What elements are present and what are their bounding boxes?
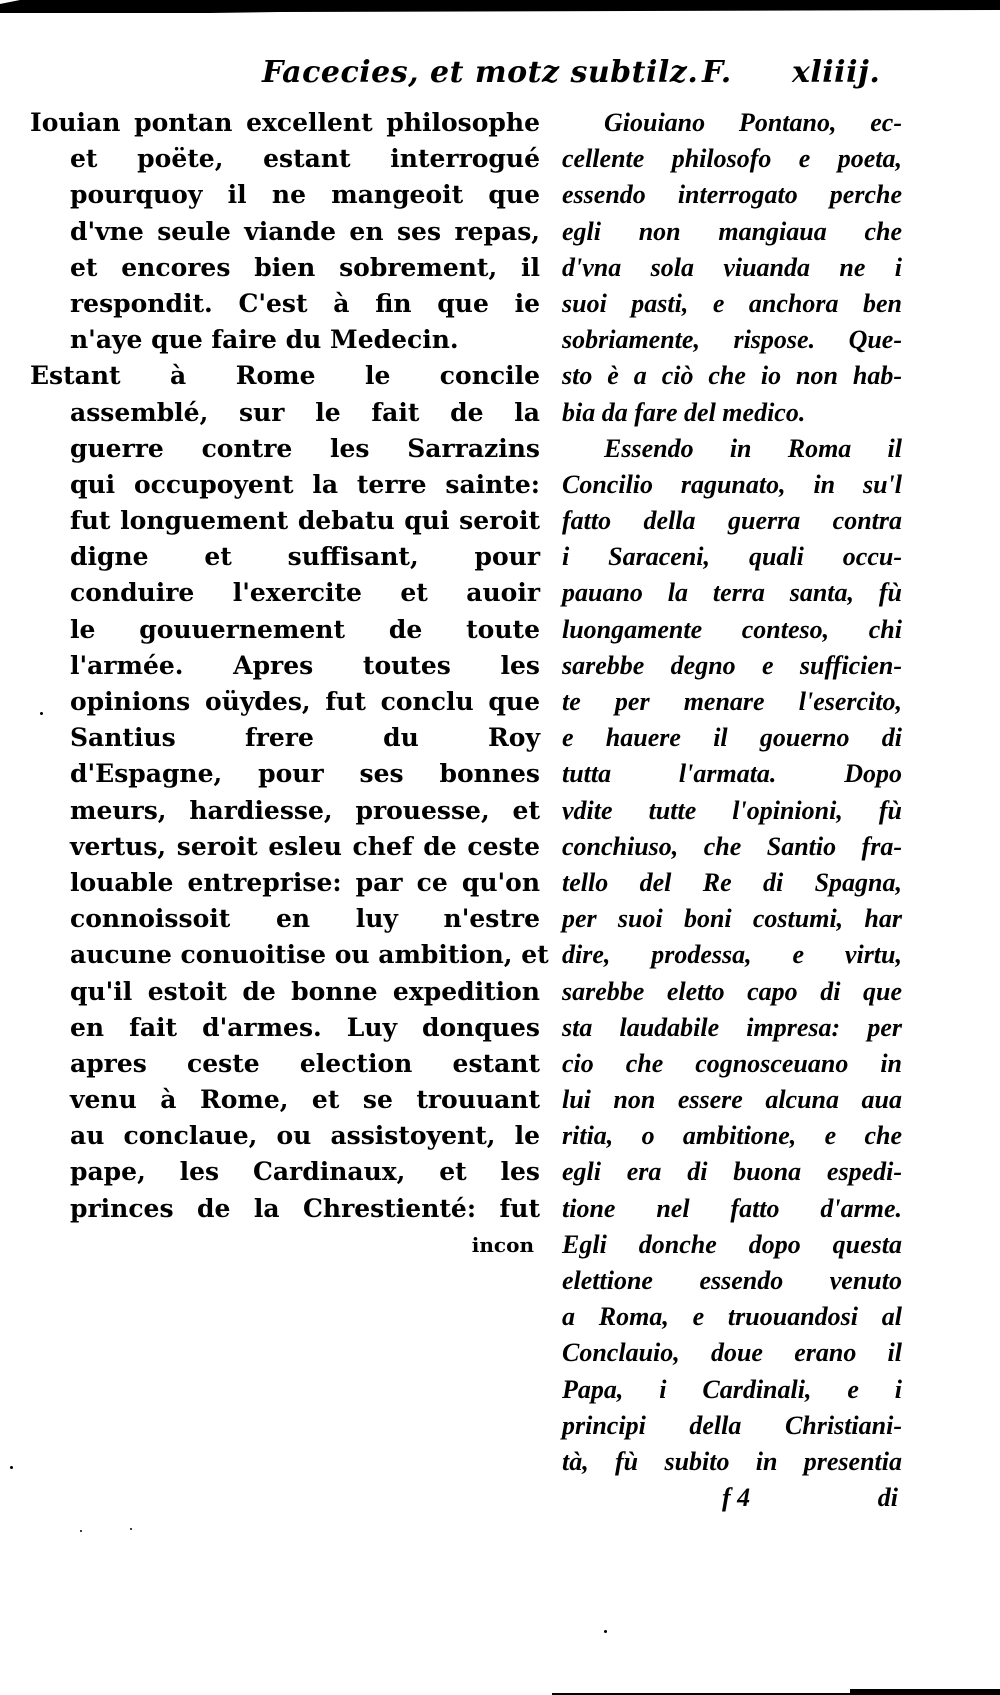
text-line: qui occupoyent la terre sainte: — [30, 467, 540, 503]
text-line: i Saraceni, quali occu- — [562, 539, 902, 575]
text-line: vdite tutte l'opinioni, fù — [562, 793, 902, 829]
ink-speck — [604, 1630, 607, 1633]
text-line: sto è a ciò che io non hab- — [562, 358, 902, 394]
text-line: pape, les Cardinaux, et les — [30, 1154, 540, 1190]
text-line: essendo interrogato perche — [562, 177, 902, 213]
text-line: et encores bien sobrement, il — [30, 250, 540, 286]
text-line: l'armée. Apres toutes les — [30, 648, 540, 684]
text-line: tello del Re di Spagna, — [562, 865, 902, 901]
text-line: au conclaue, ou assistoyent, le — [30, 1118, 540, 1154]
text-line: sarebbe degno e sufficien- — [562, 648, 902, 684]
signature-mark: f 4 — [722, 1480, 750, 1516]
text-line: conduire l'exercite et auoir — [30, 575, 540, 611]
text-line: fut longuement debatu qui seroit — [30, 503, 540, 539]
text-line: te per menare l'esercito, — [562, 684, 902, 720]
ink-speck — [40, 712, 43, 715]
text-line: Santius frere du Roy — [30, 720, 540, 756]
text-line: bia da fare del medico. — [562, 395, 902, 431]
catchword: di — [878, 1480, 898, 1516]
text-line: fatto della guerra contra — [562, 503, 902, 539]
text-line: en fait d'armes. Luy donques — [30, 1010, 540, 1046]
text-line: ritia, o ambitione, e che — [562, 1118, 902, 1154]
running-head-title: Facecies, et motz subtilz. — [262, 55, 698, 90]
text-line: digne et suffisant, pour — [30, 539, 540, 575]
text-line: dire, prodessa, e virtu, — [562, 937, 902, 973]
text-line: guerre contre les Sarrazins — [30, 431, 540, 467]
text-line: pourquoy il ne mangeoit que — [30, 177, 540, 213]
italian-text-column: Giouiano Pontano, ec- cellente philosofo… — [562, 105, 902, 1516]
text-line: Conclauio, doue erano il — [562, 1335, 902, 1371]
text-line: cellente philosofo e poeta, — [562, 141, 902, 177]
text-line: apres ceste election estant — [30, 1046, 540, 1082]
catchword: incon — [30, 1227, 540, 1263]
folio-number: xliiij. — [792, 55, 880, 90]
text-line: egli non mangiaua che — [562, 214, 902, 250]
gathering-signature: F. — [702, 55, 732, 90]
text-line: connoissoit en luy n'estre — [30, 901, 540, 937]
text-line: luongamente conteso, chi — [562, 612, 902, 648]
text-line: tà, fù subito in presentia — [562, 1444, 902, 1480]
text-line: sarebbe eletto capo di que — [562, 974, 902, 1010]
text-line: Estant à Rome le concile — [30, 358, 540, 394]
text-line: cio che cognosceuano in — [562, 1046, 902, 1082]
text-line: princes de la Chrestienté: fut — [30, 1191, 540, 1227]
text-line: tione nel fatto d'arme. — [562, 1191, 902, 1227]
text-line: Iouian pontan excellent philosophe — [30, 105, 540, 141]
text-line: Giouiano Pontano, ec- — [562, 105, 902, 141]
text-line: respondit. C'est à fin que ie — [30, 286, 540, 322]
text-line: qu'il estoit de bonne expedition — [30, 974, 540, 1010]
signature-line: f 4 di — [562, 1480, 902, 1516]
text-line: d'Espagne, pour ses bonnes — [30, 756, 540, 792]
text-line: n'aye que faire du Medecin. — [30, 322, 540, 358]
text-line: sobriamente, rispose. Que- — [562, 322, 902, 358]
text-line: principi della Christiani- — [562, 1408, 902, 1444]
text-line: assemblé, sur le fait de la — [30, 395, 540, 431]
text-line: meurs, hardiesse, prouesse, et — [30, 793, 540, 829]
text-line: Concilio ragunato, in su'l — [562, 467, 902, 503]
text-line: Papa, i Cardinali, e i — [562, 1372, 902, 1408]
ink-speck — [80, 1530, 82, 1532]
text-line: tutta l'armata. Dopo — [562, 756, 902, 792]
text-line: et poëte, estant interrogué — [30, 141, 540, 177]
text-line: aucune conuoitise ou ambition, et — [30, 937, 540, 973]
page-top-edge-shadow — [0, 0, 1000, 13]
page-bottom-edge-shadow — [850, 1689, 1000, 1695]
text-line: conchiuso, che Santio fra- — [562, 829, 902, 865]
text-line: egli era di buona espedi- — [562, 1154, 902, 1190]
text-line: louable entreprise: par ce qu'on — [30, 865, 540, 901]
text-line: sta laudabile impresa: per — [562, 1010, 902, 1046]
text-line: per suoi boni costumi, har — [562, 901, 902, 937]
text-line: d'vna sola viuanda ne i — [562, 250, 902, 286]
text-line: a Roma, e truouandosi al — [562, 1299, 902, 1335]
text-line: e hauere il gouerno di — [562, 720, 902, 756]
text-line: Essendo in Roma il — [562, 431, 902, 467]
french-text-column: Iouian pontan excellent philosophe et po… — [30, 105, 540, 1263]
text-line: suoi pasti, e anchora ben — [562, 286, 902, 322]
text-line: elettione essendo venuto — [562, 1263, 902, 1299]
text-line: le gouuernement de toute — [30, 612, 540, 648]
text-line: Egli donche dopo questa — [562, 1227, 902, 1263]
text-line: venu à Rome, et se trouuant — [30, 1082, 540, 1118]
text-line: d'vne seule viande en ses repas, — [30, 214, 540, 250]
running-head: Facecies, et motz subtilz. F. xliiij. — [262, 55, 698, 101]
text-line: vertus, seroit esleu chef de ceste — [30, 829, 540, 865]
text-line: pauano la terra santa, fù — [562, 575, 902, 611]
text-line: lui non essere alcuna aua — [562, 1082, 902, 1118]
ink-speck — [10, 1466, 13, 1469]
text-line: opinions oüydes, fut conclu que — [30, 684, 540, 720]
ink-speck — [130, 1528, 132, 1530]
